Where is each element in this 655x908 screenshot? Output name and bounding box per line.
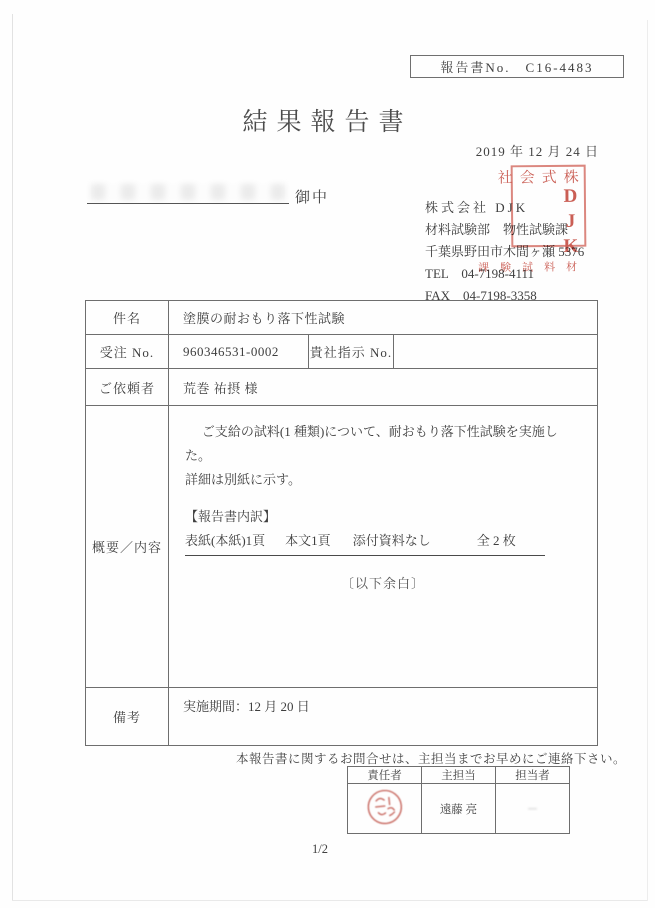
subject-label: 件名 xyxy=(86,301,169,335)
report-summary-table: 件名 塗膜の耐おもり落下性試験 受注 No. 960346531-0002 貴社… xyxy=(85,300,598,746)
requester-value: 荒巻 祐摂 様 xyxy=(169,369,598,406)
subject-value: 塗膜の耐おもり落下性試験 xyxy=(169,301,598,335)
breakdown-item-attachments: 添付資料なし xyxy=(353,529,431,553)
order-no-value: 960346531-0002 xyxy=(169,335,309,369)
sign-table-header-row: 責任者 主担当 担当者 xyxy=(348,767,570,784)
scan-edge-line xyxy=(12,14,13,900)
scanned-report-page: 報告書No. C16-4483 結果報告書 2019 年 12 月 24 日 御… xyxy=(0,0,655,908)
seal-column-right: 株式会社 xyxy=(516,169,581,187)
summary-line-2: 詳細は別紙に示す。 xyxy=(185,468,581,492)
requester-label: ご依頼者 xyxy=(86,369,169,406)
sign-off-table: 責任者 主担当 担当者 遠藤 亮 － xyxy=(347,766,570,834)
report-number-box: 報告書No. C16-4483 xyxy=(410,55,624,78)
breakdown-item-cover: 表紙(本紙)1頁 xyxy=(185,529,265,553)
summary-content: ご支給の試料(1 種類)について、耐おもり落下性試験を実施した。 詳細は別紙に示… xyxy=(169,406,598,688)
page-title: 結果報告書 xyxy=(0,102,655,138)
remarks-value: 実施期間：12 月 20 日 xyxy=(169,688,598,746)
main-contact-name: 遠藤 亮 xyxy=(422,784,496,834)
company-seal-stamp-icon: 株式会社 DJK 材料試験課 xyxy=(511,165,587,248)
seal-column-left: 材料試験課 xyxy=(516,261,581,275)
page-number: 1/2 xyxy=(290,842,350,857)
responsible-header: 責任者 xyxy=(348,767,422,784)
table-row-order-no: 受注 No. 960346531-0002 貴社指示 No. xyxy=(86,335,598,369)
addressee-underline xyxy=(87,178,289,204)
addressee-honorific: 御中 xyxy=(295,186,329,207)
summary-label: 概要／内容 xyxy=(86,406,169,688)
scan-edge-line xyxy=(647,20,648,901)
staff-header: 担当者 xyxy=(496,767,570,784)
table-row-subject: 件名 塗膜の耐おもり落下性試験 xyxy=(86,301,598,335)
remarks-label: 備考 xyxy=(86,688,169,746)
report-date: 2019 年 12 月 24 日 xyxy=(476,141,599,160)
staff-value: － xyxy=(496,784,570,834)
hanko-stamp-icon xyxy=(362,785,406,832)
client-ref-label: 貴社指示 No. xyxy=(309,335,394,369)
breakdown-row: 表紙(本紙)1頁 本文1頁 添付資料なし 全 2 枚 xyxy=(185,529,545,556)
seal-column-middle: DJK xyxy=(516,186,582,262)
summary-line-1: ご支給の試料(1 種類)について、耐おもり落下性試験を実施した。 xyxy=(185,420,581,468)
table-row-summary: 概要／内容 ご支給の試料(1 種類)について、耐おもり落下性試験を実施した。 詳… xyxy=(86,406,598,688)
table-row-requester: ご依頼者 荒巻 祐摂 様 xyxy=(86,369,598,406)
sign-table-data-row: 遠藤 亮 － xyxy=(348,784,570,834)
report-number-text: 報告書No. C16-4483 xyxy=(440,57,593,76)
main-contact-header: 主担当 xyxy=(422,767,496,784)
redacted-addressee xyxy=(91,184,285,200)
blank-below-note: 〔以下余白〕 xyxy=(185,572,581,596)
responsible-stamp-cell xyxy=(348,784,422,834)
breakdown-item-total: 全 2 枚 xyxy=(477,529,516,553)
order-no-label: 受注 No. xyxy=(86,335,169,369)
table-row-remarks: 備考 実施期間：12 月 20 日 xyxy=(86,688,598,746)
scan-edge-line xyxy=(12,900,647,901)
client-ref-value xyxy=(394,335,598,369)
breakdown-header: 【報告書内訳】 xyxy=(185,505,581,529)
breakdown-item-body: 本文1頁 xyxy=(285,529,331,553)
contact-note: 本報告書に関するお問合せは、主担当までお早めにご連絡下さい。 xyxy=(236,749,626,767)
